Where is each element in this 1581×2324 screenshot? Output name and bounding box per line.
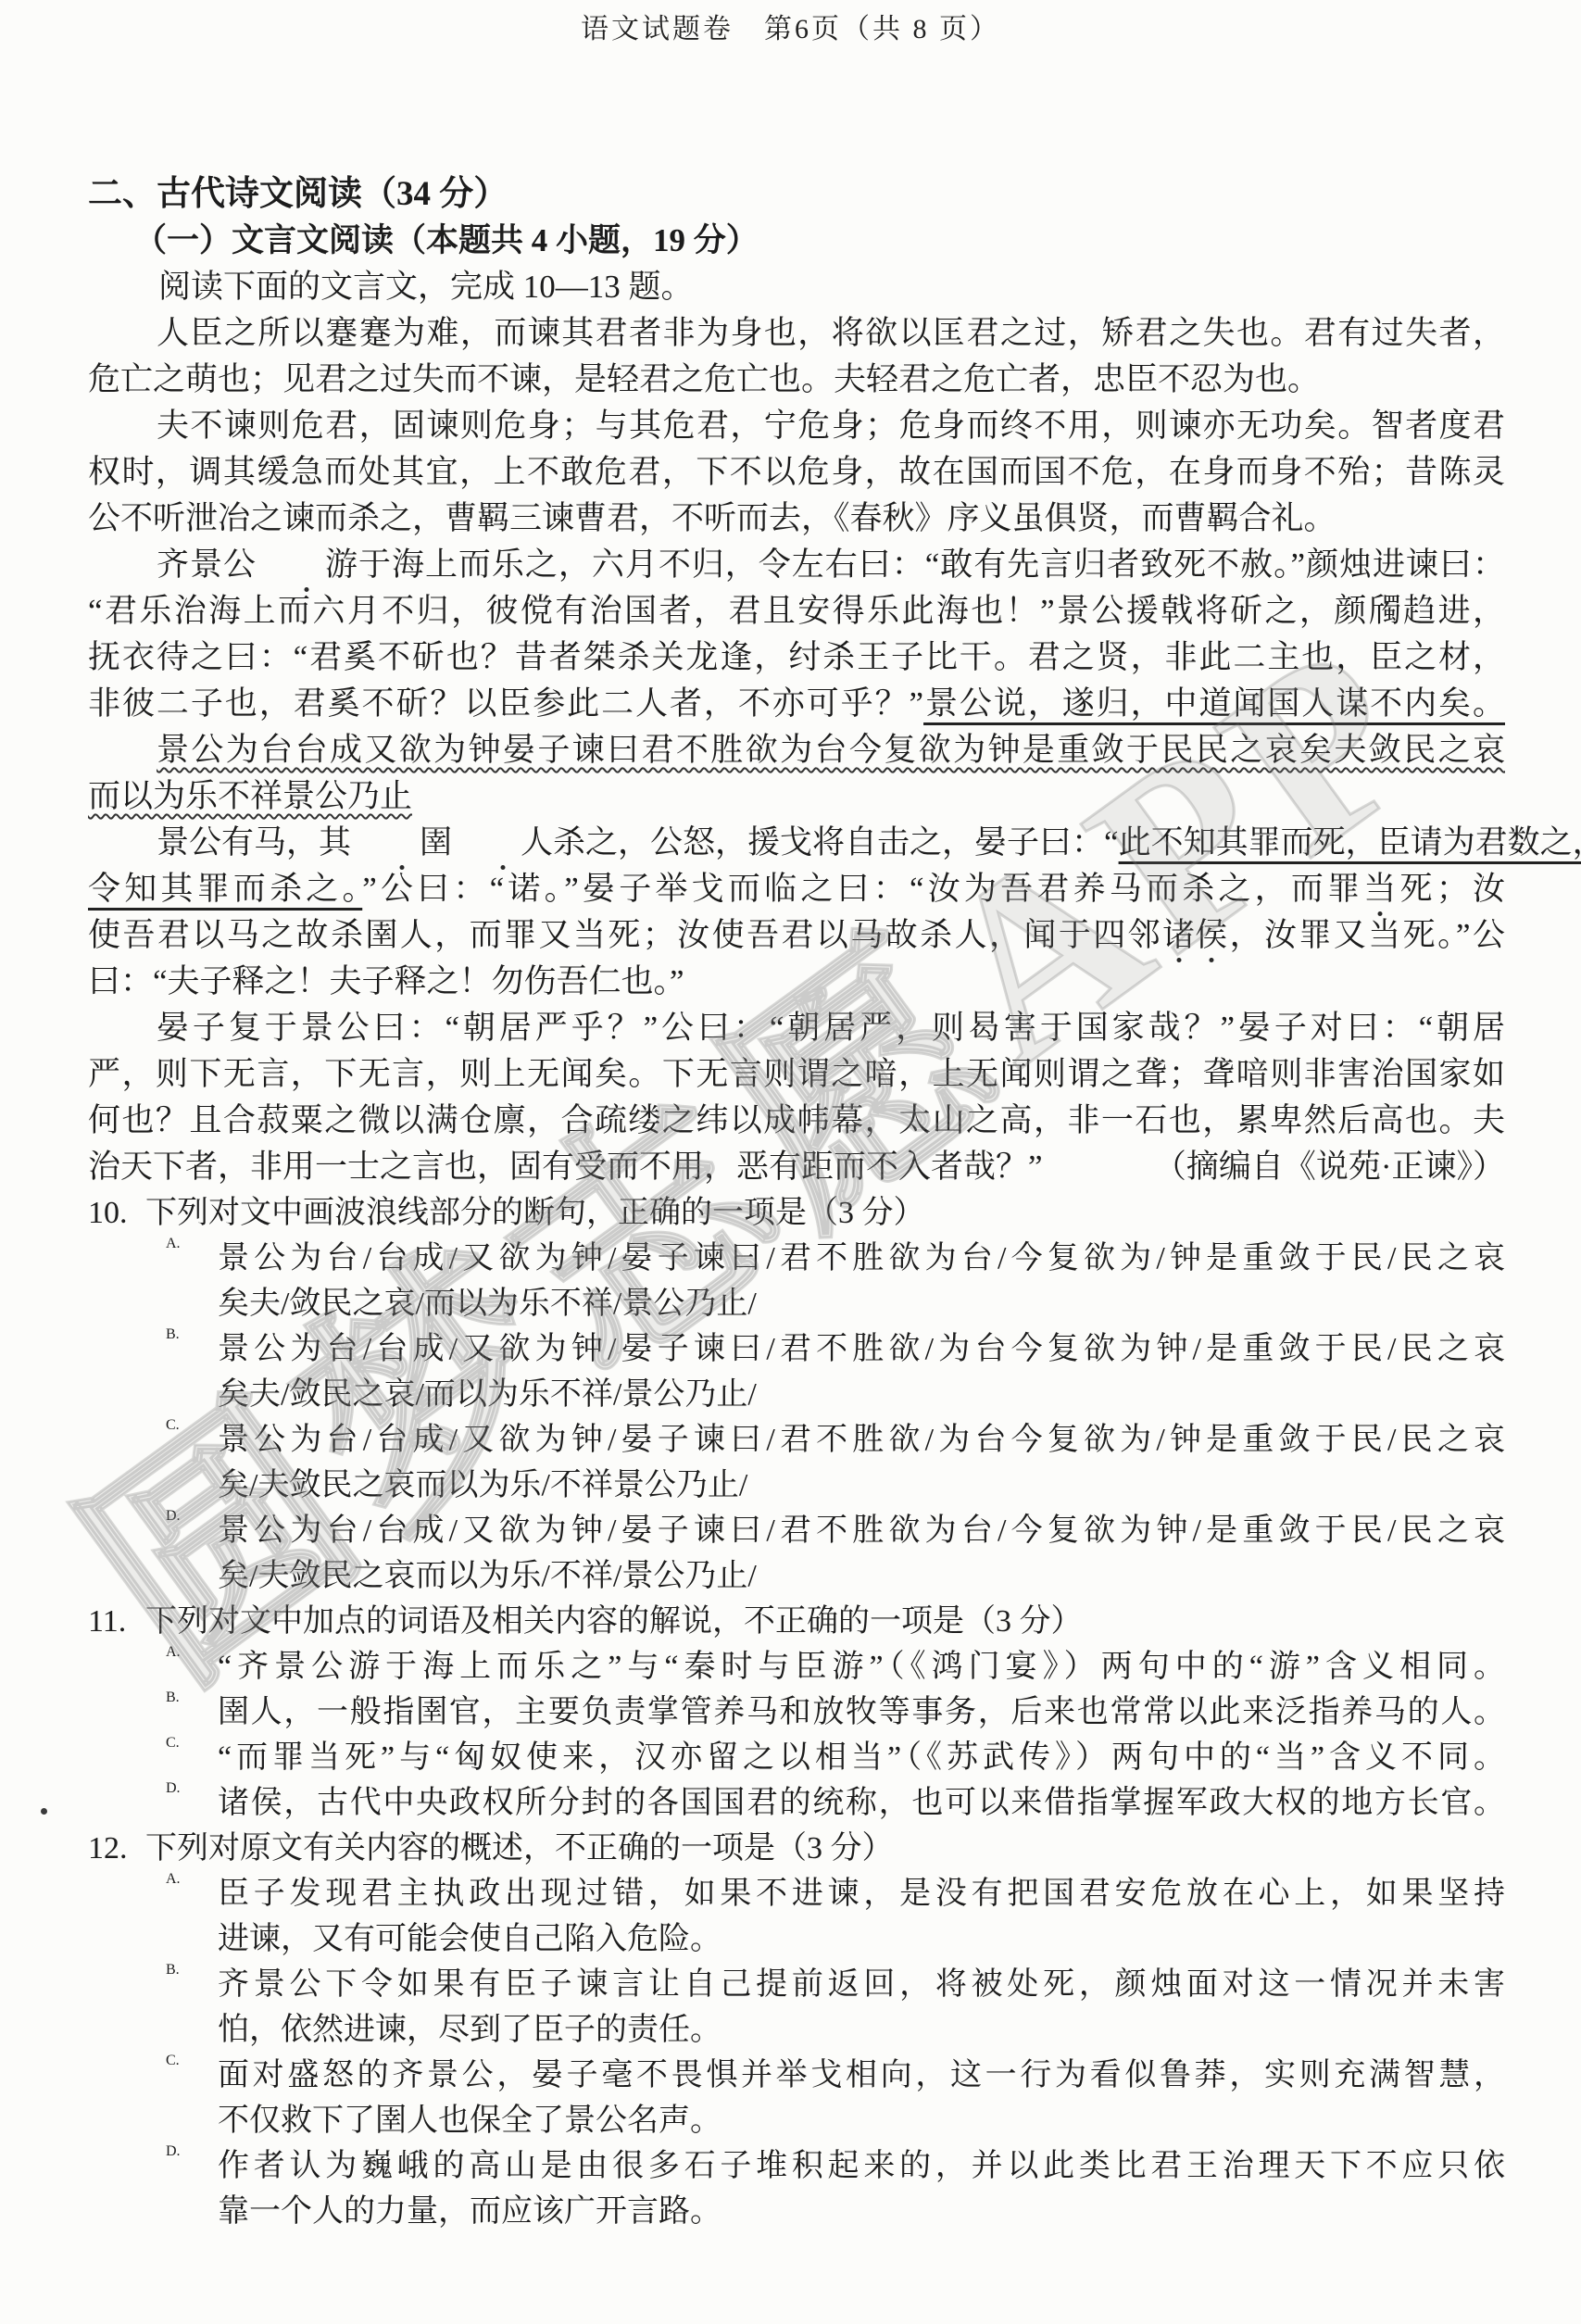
option-line: 靠一个人的力量，而应该广开言路。 — [218, 2189, 1505, 2234]
text-line: 景公为台台成又欲为钟晏子谏曰君不胜欲为台今复欲为钟是重敛于民民之哀矣夫敛民之哀 — [88, 727, 1505, 773]
answer-option-D: D.诸侯，古代中央政权所分封的各国国君的统称，也可以来借指掌握军政大权的地方长官… — [166, 1780, 1505, 1826]
option-text: 景公为台/台成/又欲为钟/晏子谏曰/君不胜欲为台/今复欲为钟/是重敛于民/民之哀… — [218, 1508, 1505, 1599]
text-line: 公不听泄冶之谏而杀之，曹羁三谏曹君，不听而去，《春秋》序义虽俱贤，而曹羁合礼。 — [88, 496, 1505, 542]
text-line: 权时，调其缓急而处其宜，上不敢危君，下不以危身，故在国而国不危，在身而身不殆；昔… — [88, 449, 1505, 496]
question-stem-text: 下列对文中画波浪线部分的断句，正确的一项是（3 分） — [145, 1190, 1505, 1236]
option-label: A. — [166, 1236, 218, 1326]
page-footer: 语文试题卷 第6页（共 8 页） — [0, 6, 1581, 46]
question-stem: 10.下列对文中画波浪线部分的断句，正确的一项是（3 分） — [88, 1190, 1505, 1236]
option-label: A. — [166, 1871, 218, 1962]
passage-text: 使吾君以马之故杀圉人，而罪又当死；汝使吾君以马故杀人，闻于四邻 — [88, 917, 1162, 953]
passage-text: ，汝罪又当死。”公 — [1227, 917, 1505, 953]
questions: 10.下列对文中画波浪线部分的断句，正确的一项是（3 分）A.景公为台/台成/又… — [88, 1190, 1505, 2234]
answer-option-B: B.齐景公下令如果有臣子谏言让自己提前返回，将被处死，颜烛面对这一情况并未害怕，… — [166, 1962, 1505, 2053]
passage-text: 夫不谏则危君，固谏则危身；与其危君，宁危身；危身而终不用，则谏亦无功矣。智者度君 — [157, 408, 1505, 444]
option-label: A. — [166, 1644, 218, 1690]
passage-paragraph: 晏子复于景公曰：“朝居严乎？”公曰：“朝居严，则曷害于国家哉？”晏子对曰：“朝居… — [88, 1005, 1505, 1190]
question-stem: 11.下列对文中加点的词语及相关内容的解说，不正确的一项是（3 分） — [88, 1599, 1505, 1644]
option-line: “齐景公游于海上而乐之”与“秦时与臣游”（《鸿门宴》）两句中的“游”含义相同。 — [218, 1644, 1505, 1690]
option-text: 景公为台/台成/又欲为钟/晏子谏曰/君不胜欲为台/今复欲为/钟是重敛于民/民之哀… — [218, 1236, 1505, 1326]
emphasized-term: 诸侯 — [1162, 917, 1227, 953]
question-10: 10.下列对文中画波浪线部分的断句，正确的一项是（3 分）A.景公为台/台成/又… — [88, 1190, 1505, 1599]
passage-text: 齐景公 — [157, 546, 257, 583]
text-line: 人臣之所以蹇蹇为难，而谏其君者非为身也，将欲以匡君之过，矫君之失也。君有过失者， — [88, 310, 1505, 357]
option-line: 圉人，一般指圉官，主要负责掌管养马和放牧等事务，后来也常常以此来泛指养马的人。 — [218, 1690, 1505, 1735]
text-line: 抚衣待之曰：“君奚不斫也？昔者桀杀关龙逢，纣杀王子比干。君之贤，非此二主也，臣之… — [88, 634, 1505, 681]
text-line: 治天下者，非用一士之言也，固有受而不用，恶有距而不入者哉？”（摘编自《说苑·正谏… — [88, 1144, 1505, 1190]
passage-text: 危亡之萌也；见君之过失而不谏，是轻君之危亡也。夫轻君之危亡者，忠臣不忍为也。 — [88, 361, 1320, 397]
passage-text: 严，则下无言，下无言，则上无闻矣。下无言则谓之喑，上无闻则谓之聋；聋喑则非害治国… — [88, 1056, 1505, 1092]
answer-option-A: A.臣子发现君主执政出现过错，如果不进谏，是没有把国君安危放在心上，如果坚持进谏… — [166, 1871, 1505, 1962]
option-label: D. — [166, 1508, 218, 1599]
answer-option-B: B.景公为台/台成/又欲为钟/晏子谏曰/君不胜欲/为台今复欲为钟/是重敛于民/民… — [166, 1326, 1505, 1417]
text-line: 非彼二子也，君奚不斫？以臣参此二人者，不亦可乎？”景公说，遂归，中道闻国人谋不内… — [88, 681, 1505, 727]
passage-paragraph: 齐景公游于海上而乐之，六月不归，令左右曰：“敢有先言归者致死不赦。”颜烛进谏曰：… — [88, 542, 1505, 727]
emphasized-char: 圉 — [351, 820, 452, 866]
option-line: 景公为台/台成/又欲为钟/晏子谏曰/君不胜欲为台/今复欲为/钟是重敛于民/民之哀 — [218, 1236, 1505, 1281]
option-line: 矣夫/敛民之哀/而以为乐不祥/景公乃止/ — [218, 1372, 1505, 1417]
option-line: 齐景公下令如果有臣子谏言让自己提前返回，将被处死，颜烛面对这一情况并未害 — [218, 1962, 1505, 2007]
text-line: 晏子复于景公曰：“朝居严乎？”公曰：“朝居严，则曷害于国家哉？”晏子对曰：“朝居 — [88, 1005, 1505, 1051]
emphasized-term: 圉人 — [351, 824, 553, 861]
question-number: 12. — [88, 1826, 145, 1871]
scan-artifact-dot — [41, 1808, 47, 1815]
option-line: 景公为台/台成/又欲为钟/晏子谏曰/君不胜欲/为台今复欲为钟/是重敛于民/民之哀 — [218, 1326, 1505, 1372]
option-line: 面对盛怒的齐景公，晏子毫不畏惧并举戈相向，这一行为看似鲁莽，实则充满智慧， — [218, 2053, 1505, 2098]
answer-option-D: D.作者认为巍峨的高山是由很多石子堆积起来的，并以此类比君王治理天下不应只依靠一… — [166, 2143, 1505, 2234]
option-label: B. — [166, 1690, 218, 1735]
option-line: 景公为台/台成/又欲为钟/晏子谏曰/君不胜欲/为台今复欲为/钟是重敛于民/民之哀 — [218, 1417, 1505, 1463]
passage-instruction: 阅读下面的文言文，完成 10—13 题。 — [88, 264, 1505, 310]
passage-paragraph: 景公为台台成又欲为钟晏子谏曰君不胜欲为台今复欲为钟是重敛于民民之哀矣夫敛民之哀而… — [88, 727, 1505, 820]
answer-option-C: C.景公为台/台成/又欲为钟/晏子谏曰/君不胜欲/为台今复欲为/钟是重敛于民/民… — [166, 1417, 1505, 1508]
text-line: 景公有马，其圉人杀之，公怒，援戈将自击之，晏子曰：“此不知其罪而死，臣请为君数之… — [88, 820, 1505, 866]
option-line: 臣子发现君主执政出现过错，如果不进谏，是没有把国君安危放在心上，如果坚持 — [218, 1871, 1505, 1916]
passage-text: 权时，调其缓急而处其宜，上不敢危君，下不以危身，故在国而国不危，在身而身不殆；昔… — [88, 454, 1505, 490]
option-text: 面对盛怒的齐景公，晏子毫不畏惧并举戈相向，这一行为看似鲁莽，实则充满智慧，不仅救… — [218, 2053, 1505, 2143]
emphasized-term: 当 — [1363, 871, 1396, 907]
answer-option-B: B.圉人，一般指圉官，主要负责掌管养马和放牧等事务，后来也常常以此来泛指养马的人… — [166, 1690, 1505, 1735]
passage-text: 非彼二子也，君奚不斫？以臣参此二人者，不亦可乎？” — [88, 685, 923, 722]
question-11: 11.下列对文中加点的词语及相关内容的解说，不正确的一项是（3 分）A.“齐景公… — [88, 1599, 1505, 1826]
option-label: C. — [166, 1417, 218, 1508]
passage-text: 景公有马，其 — [157, 824, 351, 861]
option-line: 进谏，又有可能会使自己陷入危险。 — [218, 1916, 1505, 1962]
option-label: D. — [166, 1780, 218, 1826]
option-text: 景公为台/台成/又欲为钟/晏子谏曰/君不胜欲/为台今复欲为/钟是重敛于民/民之哀… — [218, 1417, 1505, 1508]
text-line: 严，则下无言，下无言，则上无闻矣。下无言则谓之喑，上无闻则谓之聋；聋喑则非害治国… — [88, 1051, 1505, 1098]
section-heading: 二、古代诗文阅读（34 分） — [88, 171, 1505, 218]
emphasized-char: 当 — [1363, 866, 1396, 912]
option-line: 矣/夫敛民之哀而以为乐/不祥景公乃止/ — [218, 1463, 1505, 1508]
option-text: “而罪当死”与“匈奴使来，汉亦留之以相当”（《苏武传》）两句中的“当”含义不同。 — [218, 1735, 1505, 1780]
answer-option-A: A.景公为台/台成/又欲为钟/晏子谏曰/君不胜欲为台/今复欲为/钟是重敛于民/民… — [166, 1236, 1505, 1326]
question-stem-text: 下列对文中加点的词语及相关内容的解说，不正确的一项是（3 分） — [145, 1599, 1505, 1644]
exam-page: 圆梦志愿APP 二、古代诗文阅读（34 分） （一）文言文阅读（本题共 4 小题… — [0, 0, 1581, 2324]
option-line: 怕，依然进谏，尽到了臣子的责任。 — [218, 2007, 1505, 2053]
question-stem-text: 下列对原文有关内容的概述，不正确的一项是（3 分） — [145, 1826, 1505, 1871]
option-text: 臣子发现君主执政出现过错，如果不进谏，是没有把国君安危放在心上，如果坚持进谏，又… — [218, 1871, 1505, 1962]
text-line: 夫不谏则危君，固谏则危身；与其危君，宁危身；危身而终不用，则谏亦无功矣。智者度君 — [88, 403, 1505, 449]
passage-paragraph: 夫不谏则危君，固谏则危身；与其危君，宁危身；危身而终不用，则谏亦无功矣。智者度君… — [88, 403, 1505, 542]
source-attribution: （摘编自《说苑·正谏》） — [1154, 1144, 1505, 1190]
passage-text: ”公曰：“诺。”晏子举戈而临之曰：“汝为吾君养马而杀之，而罪 — [362, 871, 1363, 907]
text-line: 齐景公游于海上而乐之，六月不归，令左右曰：“敢有先言归者致死不赦。”颜烛进谏曰： — [88, 542, 1505, 588]
option-text: 诸侯，古代中央政权所分封的各国国君的统称，也可以来借指掌握军政大权的地方长官。 — [218, 1780, 1505, 1826]
passage-text: 曰：“夫子释之！夫子释之！勿伤吾仁也。” — [88, 963, 684, 999]
question-number: 11. — [88, 1599, 145, 1644]
option-text: 景公为台/台成/又欲为钟/晏子谏曰/君不胜欲/为台今复欲为钟/是重敛于民/民之哀… — [218, 1326, 1505, 1417]
passage-text: 何也？且合菽粟之微以满仓廪，合疏缕之纬以成帏幕，太山之高，非一石也，累卑然后高也… — [88, 1102, 1505, 1138]
text-line: 而以为乐不祥景公乃止 — [88, 773, 1505, 820]
option-text: 齐景公下令如果有臣子谏言让自己提前返回，将被处死，颜烛面对这一情况并未害怕，依然… — [218, 1962, 1505, 2053]
passage-text: “君乐治海上而六月不归，彼傥有治国者，君且安得乐此海也！”景公援戟将斫之，颜斶趋… — [88, 593, 1505, 629]
passage-text: 治天下者，非用一士之言也，固有受而不用，恶有距而不入者哉？” — [88, 1144, 1043, 1190]
option-label: C. — [166, 1735, 218, 1780]
text-line: 曰：“夫子释之！夫子释之！勿伤吾仁也。” — [88, 959, 1505, 1005]
option-line: 作者认为巍峨的高山是由很多石子堆积起来的，并以此类比君王治理天下不应只依 — [218, 2143, 1505, 2189]
option-label: C. — [166, 2053, 218, 2143]
option-text: 圉人，一般指圉官，主要负责掌管养马和放牧等事务，后来也常常以此来泛指养马的人。 — [218, 1690, 1505, 1735]
option-line: 矣夫/敛民之哀/而以为乐不祥/景公乃止/ — [218, 1281, 1505, 1326]
passage-text: 治天下者，非用一士之言也，固有受而不用，恶有距而不入者哉？” — [88, 1149, 1043, 1185]
passage-paragraph: 景公有马，其圉人杀之，公怒，援戈将自击之，晏子曰：“此不知其罪而死，臣请为君数之… — [88, 820, 1505, 1005]
passage-text: 公不听泄冶之谏而杀之，曹羁三谏曹君，不听而去，《春秋》序义虽俱贤，而曹羁合礼。 — [88, 500, 1336, 536]
answer-option-C: C.面对盛怒的齐景公，晏子毫不畏惧并举戈相向，这一行为看似鲁莽，实则充满智慧，不… — [166, 2053, 1505, 2143]
emphasized-char: 人 — [452, 820, 553, 866]
answer-option-C: C.“而罪当死”与“匈奴使来，汉亦留之以相当”（《苏武传》）两句中的“当”含义不… — [166, 1735, 1505, 1780]
passage-text: 于海上而乐之，六月不归，令左右曰：“敢有先言归者致死不赦。”颜烛进谏曰： — [358, 546, 1505, 583]
text-line: 使吾君以马之故杀圉人，而罪又当死；汝使吾君以马故杀人，闻于四邻诸侯，汝罪又当死。… — [88, 912, 1505, 959]
emphasized-char: 诸 — [1162, 912, 1195, 959]
answer-option-D: D.景公为台/台成/又欲为钟/晏子谏曰/君不胜欲为台/今复欲为钟/是重敛于民/民… — [166, 1508, 1505, 1599]
option-line: 诸侯，古代中央政权所分封的各国国君的统称，也可以来借指掌握军政大权的地方长官。 — [218, 1780, 1505, 1826]
option-text: 作者认为巍峨的高山是由很多石子堆积起来的，并以此类比君王治理天下不应只依靠一个人… — [218, 2143, 1505, 2234]
underlined-text: 令知其罪而杀之。 — [88, 871, 362, 907]
subsection-heading: （一）文言文阅读（本题共 4 小题，19 分） — [88, 218, 1505, 264]
question-stem: 12.下列对原文有关内容的概述，不正确的一项是（3 分） — [88, 1826, 1505, 1871]
option-text: “齐景公游于海上而乐之”与“秦时与臣游”（《鸿门宴》）两句中的“游”含义相同。 — [218, 1644, 1505, 1690]
page-content: 二、古代诗文阅读（34 分） （一）文言文阅读（本题共 4 小题，19 分） 阅… — [88, 171, 1505, 2234]
option-line: 景公为台/台成/又欲为钟/晏子谏曰/君不胜欲为台/今复欲为钟/是重敛于民/民之哀 — [218, 1508, 1505, 1553]
passage-text: 杀之，公怒，援戈将自击之，晏子曰：“ — [553, 824, 1119, 861]
passage-paragraph: 人臣之所以蹇蹇为难，而谏其君者非为身也，将欲以匡君之过，矫君之失也。君有过失者，… — [88, 310, 1505, 403]
option-label: B. — [166, 1326, 218, 1417]
option-line: “而罪当死”与“匈奴使来，汉亦留之以相当”（《苏武传》）两句中的“当”含义不同。 — [218, 1735, 1505, 1780]
option-line: 不仅救下了圉人也保全了景公名声。 — [218, 2098, 1505, 2143]
question-12: 12.下列对原文有关内容的概述，不正确的一项是（3 分）A.臣子发现君主执政出现… — [88, 1826, 1505, 2234]
option-label: B. — [166, 1962, 218, 2053]
passage-text: 抚衣待之曰：“君奚不斫也？昔者桀杀关龙逢，纣杀王子比干。君之贤，非此二主也，臣之… — [88, 639, 1505, 675]
wavy-underlined-text: 而以为乐不祥景公乃止 — [88, 778, 412, 814]
text-line: 令知其罪而杀之。”公曰：“诺。”晏子举戈而临之曰：“汝为吾君养马而杀之，而罪当死… — [88, 866, 1505, 912]
underlined-text: 此不知其罪而死，臣请为君数之， — [1119, 824, 1581, 861]
emphasized-char: 侯 — [1195, 912, 1227, 959]
passage-text: 死；汝 — [1396, 871, 1505, 907]
passage: 人臣之所以蹇蹇为难，而谏其君者非为身也，将欲以匡君之过，矫君之失也。君有过失者，… — [88, 310, 1505, 1190]
wavy-underlined-text: 景公为台台成又欲为钟晏子谏曰君不胜欲为台今复欲为钟是重敛于民民之哀矣夫敛民之哀 — [157, 732, 1505, 768]
option-label: D. — [166, 2143, 218, 2234]
text-line: 危亡之萌也；见君之过失而不谏，是轻君之危亡也。夫轻君之危亡者，忠臣不忍为也。 — [88, 357, 1505, 403]
underlined-text: 景公说，遂归，中道闻国人谋不内矣。 — [923, 685, 1505, 722]
passage-text: 晏子复于景公曰：“朝居严乎？”公曰：“朝居严，则曷害于国家哉？”晏子对曰：“朝居 — [157, 1010, 1505, 1046]
emphasized-term: 游 — [257, 546, 358, 583]
option-line: 矣/夫敛民之哀而以为乐/不祥/景公乃止/ — [218, 1553, 1505, 1599]
text-line: “君乐治海上而六月不归，彼傥有治国者，君且安得乐此海也！”景公援戟将斫之，颜斶趋… — [88, 588, 1505, 634]
passage-text: 人臣之所以蹇蹇为难，而谏其君者非为身也，将欲以匡君之过，矫君之失也。君有过失者， — [157, 315, 1505, 351]
emphasized-char: 游 — [257, 542, 358, 588]
text-line: 何也？且合菽粟之微以满仓廪，合疏缕之纬以成帏幕，太山之高，非一石也，累卑然后高也… — [88, 1098, 1505, 1144]
question-number: 10. — [88, 1190, 145, 1236]
answer-option-A: A.“齐景公游于海上而乐之”与“秦时与臣游”（《鸿门宴》）两句中的“游”含义相同… — [166, 1644, 1505, 1690]
